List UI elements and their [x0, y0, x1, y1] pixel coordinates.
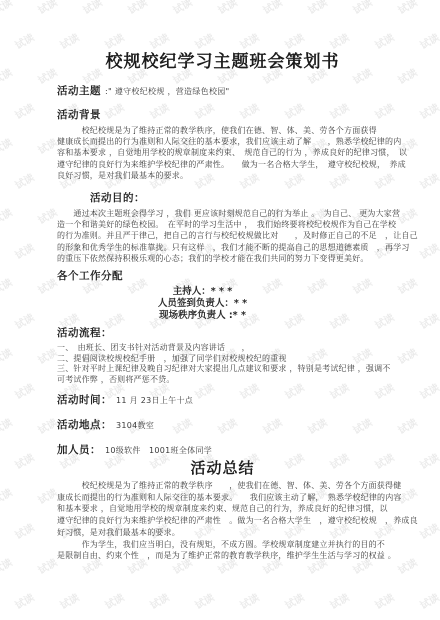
participants-row: 加人员：10级软件 1001班全体同学: [57, 444, 388, 456]
paragraph-line: 好习惯，是对我们最基本的要求。: [57, 527, 388, 539]
role-host: 主持人：* * *: [95, 286, 310, 298]
paragraph-line: 的形象和优秀学生的标准靠拢。只有这样 ，我们才能不断的提高自己的思想道德素质 ，…: [57, 242, 388, 253]
background-paragraph: 校纪校规是为了维持正常的教学秩序，使我们在德、智、体、美、劳各个方面获得 健康成…: [57, 125, 388, 181]
paragraph-line: 遵守纪律的良好行为来维护学校纪律的严肃性 。做为一名合格大学生 ，遵守校纪校规 …: [57, 515, 388, 527]
paragraph-line: 和基本要求 ，自觉地用学校的规章制度来约束、规范自己的行为，养成良好的纪律习惯，…: [57, 503, 388, 515]
document-page: 试读试读试读试读试读试读试读试读试读试读试读试读试读试读试读试读试读试读试读试读…: [0, 0, 440, 620]
location-row: 活动地点：3104教室: [57, 419, 388, 431]
paragraph-line: 的重压下依然保持积极乐观的心态；我们的学校才能在我们共同的努力下变得更美好。: [57, 253, 388, 264]
paragraph-line: 造一个和谐美好的绿色校园。 在平时的学习生活中 ， 我们始终要将校纪校规作为自己…: [57, 219, 388, 230]
paragraph-line: 的行为准则。并且严于律己，把自己的言行与校纪校规做比对 ，及时修正自己的不足 ，…: [57, 230, 388, 241]
participants-label: 加人员：: [57, 444, 101, 457]
process-list: 一、 由班长、团支书针对活动背景及内容讲话 ， 二、提倡阅读校规校纪手册 ，加强…: [57, 343, 388, 385]
section-heading-purpose: 活动目的：: [90, 192, 388, 205]
document-content: 校规校纪学习主题班会策划书 活动主题:" 遵守校纪校规 ，营造绿色校园" 活动背…: [0, 0, 440, 620]
participants-value: 10级软件 1001班全体同学: [105, 445, 212, 456]
theme-row: 活动主题:" 遵守校纪校规 ，营造绿色校园": [57, 85, 388, 98]
process-item: 三、针对平时上课纪律及晚自习纪律对大家提出几点建议和要求 ，特别是考试纪律 ，强…: [57, 364, 388, 375]
summary-paragraph-2: 作为学生，我们应当明白，没有规矩，不成方圆。学校规章制度建立并执行的目的不 是限…: [57, 539, 388, 562]
section-heading-assignment: 各个工作分配: [57, 270, 388, 283]
time-row: 活动时间：11 月 23日上午十点: [57, 394, 388, 406]
paragraph-line: 遵守纪律的良好行为来维护学校纪律的严肃性。 做为一名合格大学生， 遵守校纪校规，…: [57, 159, 388, 170]
role-order: 现场秩序负责人 :* *: [95, 310, 310, 322]
paragraph-line: 容和基本要求 ，自觉地用学校的规章制度来约束、 规范自己的行为 ，养成良好的纪律…: [57, 147, 388, 158]
paragraph-line: 校纪校规是为了维持正常的教学秩序，使我们在德、智、体、美、劳各个方面获得: [57, 125, 388, 136]
process-item: 二、提倡阅读校规校纪手册 ，加强了同学们对校规校纪的重视: [57, 354, 388, 365]
section-heading-summary: 活动总结: [57, 460, 388, 477]
purpose-paragraph: 通过本次主题班会得学习 ，我们 更应该时刻规范自己的行为举止 。 为自己、 更为…: [57, 208, 388, 264]
location-label: 活动地点：: [57, 419, 112, 432]
paragraph-line: 良好习惯，是对我们最基本的要求。: [57, 170, 388, 181]
process-item: 可考试作弊 ，否则将严惩不贷。: [57, 375, 388, 386]
summary-paragraph-1: 校纪校规是为了维持正常的教学秩序 ，使我们在德、智、体、美、劳各个方面获得健 康…: [57, 480, 388, 539]
paragraph-line: 作为学生，我们应当明白，没有规矩，不成方圆。学校规章制度建立并执行的目的不: [57, 539, 388, 551]
theme-label: 活动主题: [57, 85, 101, 98]
page-title: 校规校纪学习主题班会策划书: [57, 52, 388, 72]
paragraph-line: 通过本次主题班会得学习 ，我们 更应该时刻规范自己的行为举止 。 为自己、 更为…: [57, 208, 388, 219]
paragraph-line: 校纪校规是为了维持正常的教学秩序 ，使我们在德、智、体、美、劳各个方面获得健: [57, 480, 388, 492]
section-heading-background: 活动背景: [57, 109, 388, 122]
role-signin: 人员签到负责人：* *: [95, 298, 310, 310]
theme-value: :" 遵守校纪校规 ，营造绿色校园": [105, 86, 230, 97]
paragraph-line: 康成长而提出的行为准则和人际交往的基本要求。 我们应该主动了解， 熟悉学校纪律的…: [57, 492, 388, 504]
time-label: 活动时间：: [57, 394, 112, 407]
paragraph-line: 健康成长而提出的行为准则和人际交往的基本要求，我们应该主动了解 ，熟悉学校纪律的…: [57, 136, 388, 147]
location-value: 3104教室: [116, 420, 154, 431]
time-value: 11 月 23日上午十点: [116, 395, 193, 406]
process-item: 一、 由班长、团支书针对活动背景及内容讲话 ，: [57, 343, 388, 354]
section-heading-process: 活动流程：: [57, 327, 388, 340]
roles-block: 主持人：* * * 人员签到负责人：* * 现场秩序负责人 :* *: [95, 286, 310, 322]
paragraph-line: 是限制自由、约束个性 ，而是为了维护正常的教育教学秩序，维护学生生活与学习的权益…: [57, 550, 388, 562]
